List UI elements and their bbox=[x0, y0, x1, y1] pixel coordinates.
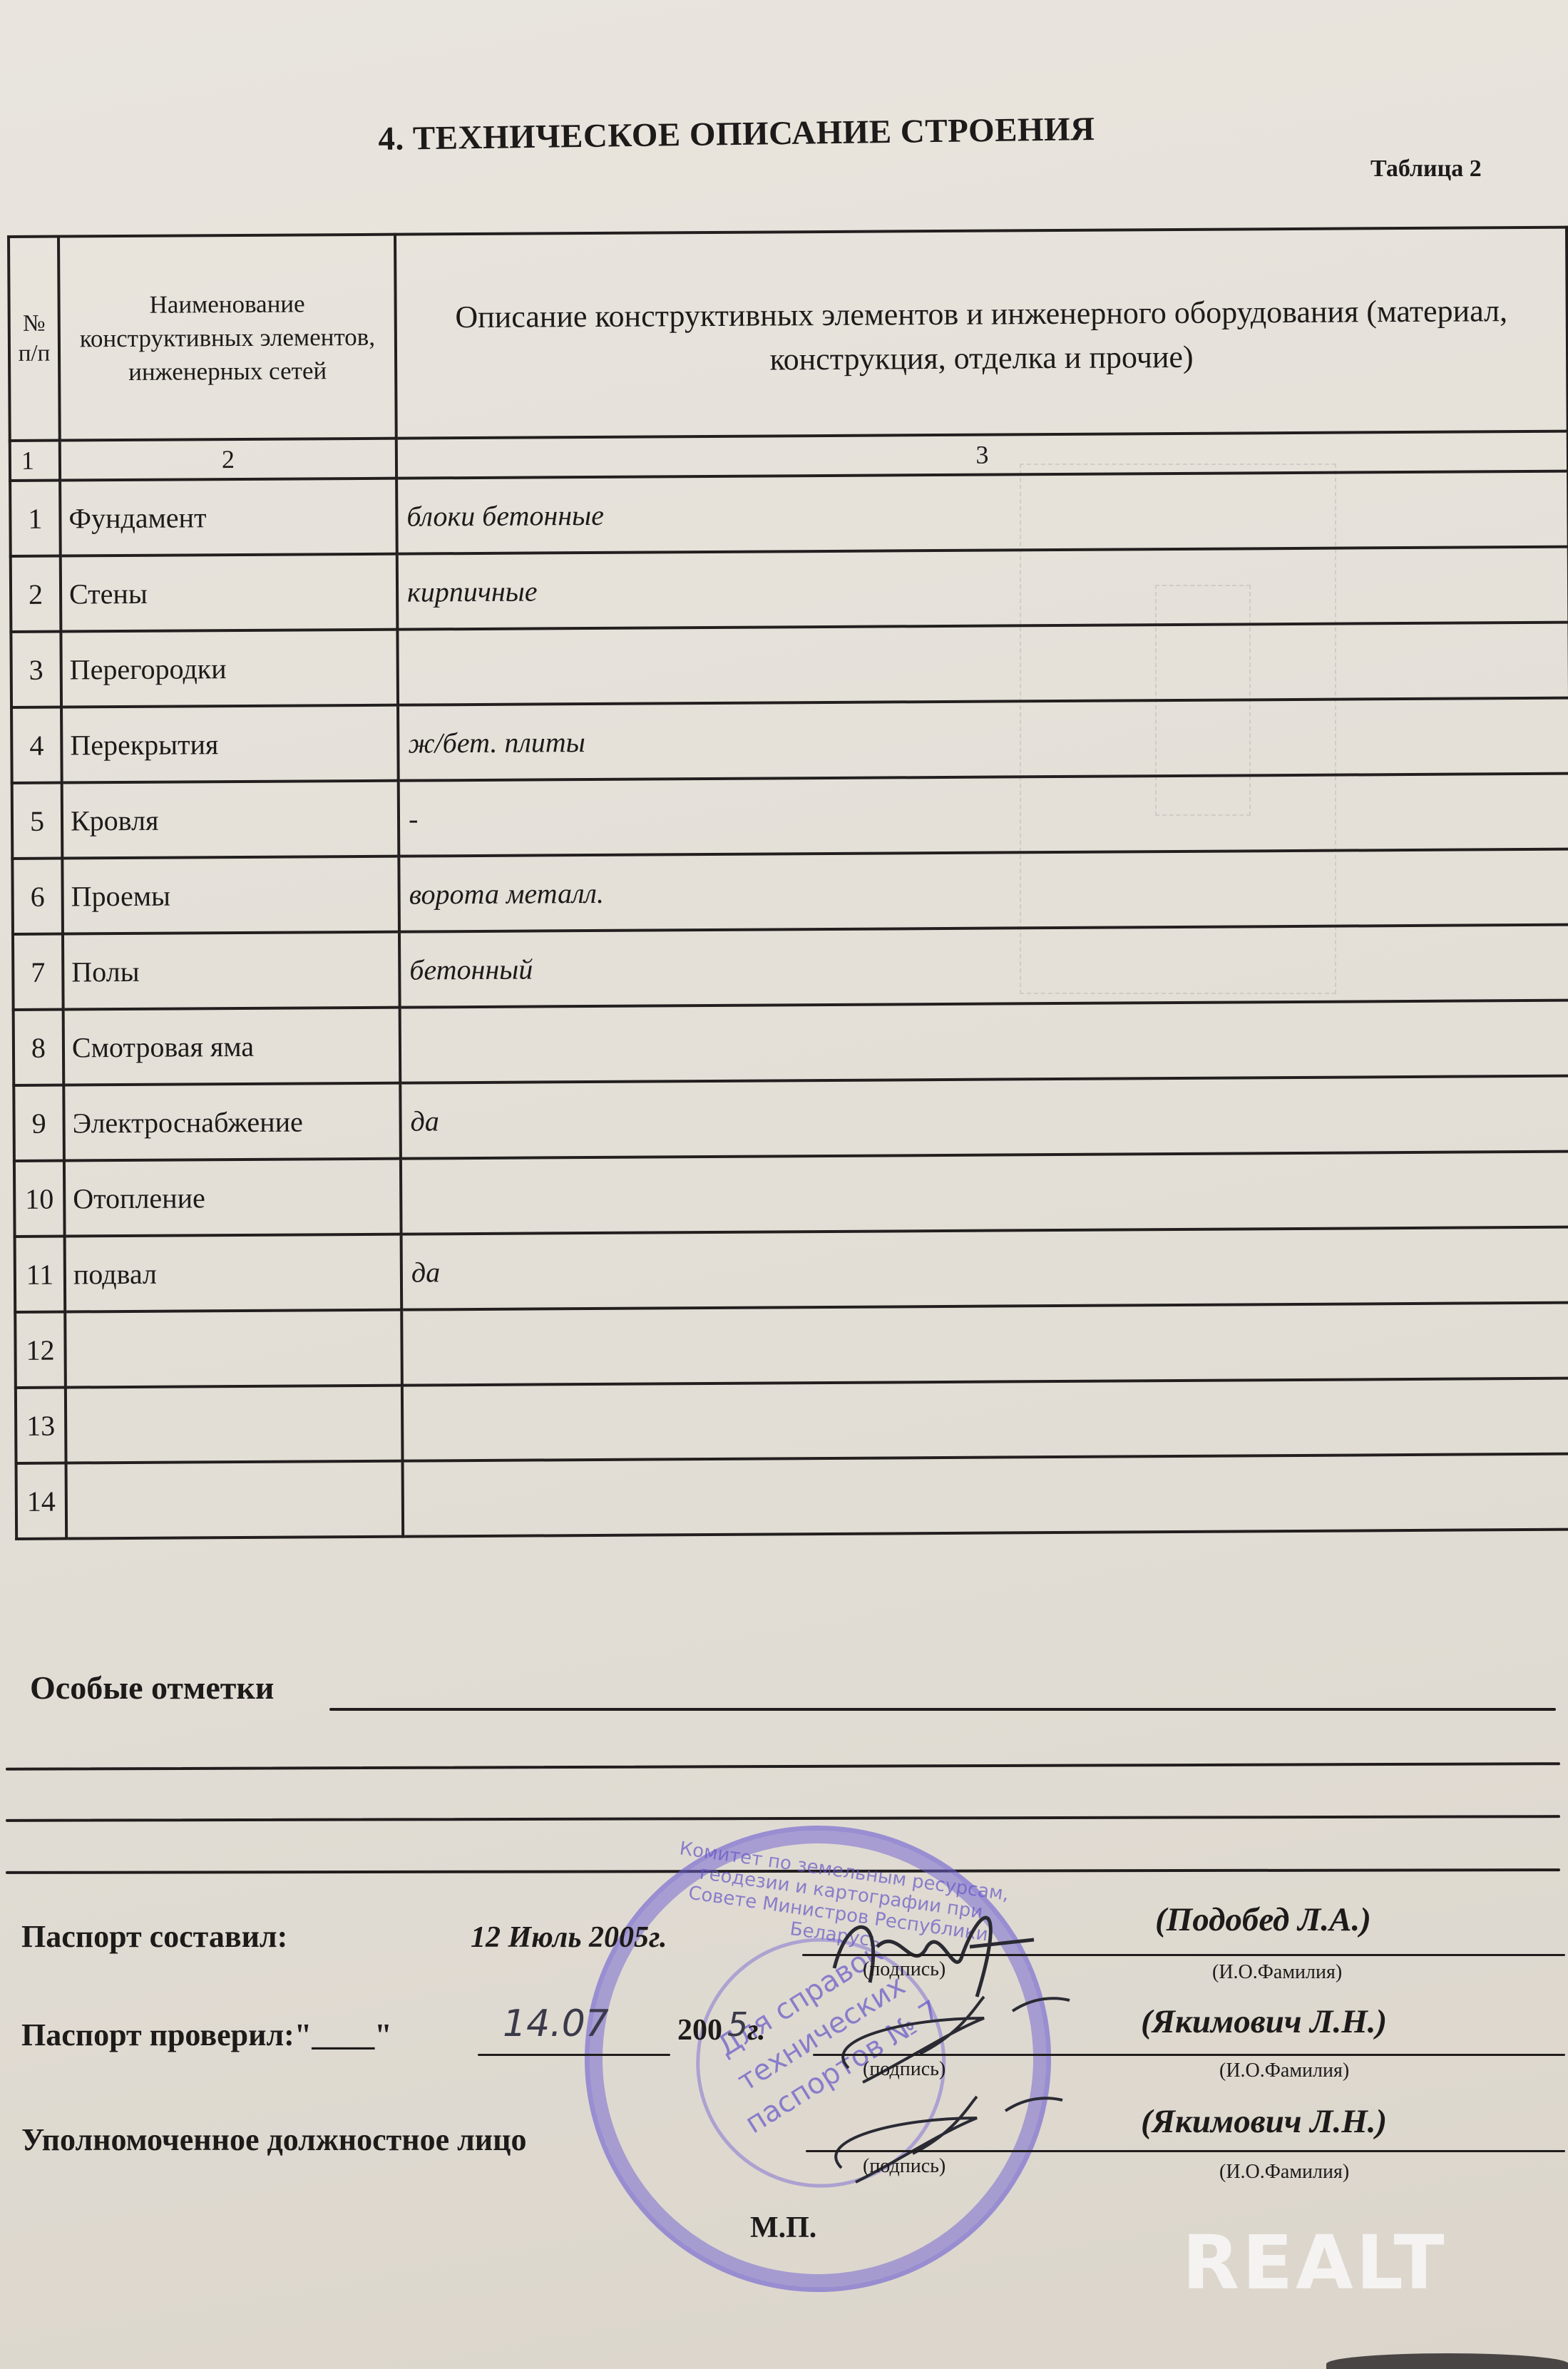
table-row: 8Смотровая яма bbox=[14, 1001, 1568, 1085]
name-caption: (И.О.Фамилия) bbox=[1219, 2161, 1349, 2184]
checked-by-label: Паспорт проверил:"____" bbox=[21, 2017, 392, 2053]
header-element-name: Наименование конструктивных элементов, и… bbox=[58, 235, 396, 441]
table-row: 2Стеныкирпичные bbox=[11, 547, 1568, 632]
remarks-line bbox=[329, 1708, 1556, 1711]
row-number: 8 bbox=[14, 1010, 64, 1085]
signature-checked bbox=[820, 1990, 1077, 2089]
row-number: 2 bbox=[11, 556, 61, 632]
element-description bbox=[403, 1454, 1568, 1537]
row-number: 6 bbox=[12, 859, 63, 934]
table-row: 10Отопление bbox=[14, 1152, 1568, 1237]
compiled-by-name: (Подобед Л.А.) bbox=[1155, 1900, 1371, 1939]
row-number: 7 bbox=[13, 934, 63, 1010]
element-name: Кровля bbox=[62, 781, 399, 859]
remarks-label: Особые отметки bbox=[30, 1669, 274, 1707]
authorized-person-label: Уполномоченное должностное лицо bbox=[21, 2122, 527, 2158]
element-name: Перегородки bbox=[61, 630, 398, 707]
table-row: 7Полыбетонный bbox=[13, 925, 1568, 1010]
element-name bbox=[66, 1386, 403, 1463]
element-description: - bbox=[399, 774, 1568, 856]
element-description: блоки бетонные bbox=[396, 471, 1568, 554]
element-name: Полы bbox=[63, 932, 400, 1010]
row-number: 12 bbox=[15, 1312, 66, 1388]
table-row: 4Перекрытияж/бет. плиты bbox=[11, 698, 1568, 783]
table-header-row: № п/п Наименование конструктивных элемен… bbox=[9, 227, 1568, 441]
compiled-by-label: Паспорт составил: bbox=[21, 1918, 287, 1955]
header-description: Описание конструктивных элементов и инже… bbox=[395, 227, 1568, 439]
element-name bbox=[65, 1310, 402, 1388]
element-description: кирпичные bbox=[397, 547, 1568, 630]
element-name: Проемы bbox=[62, 856, 399, 934]
checked-date-handwritten: 14.07 bbox=[503, 2002, 609, 2045]
signature-caption: (подпись) bbox=[863, 2155, 946, 2178]
row-number: 14 bbox=[16, 1463, 67, 1539]
header-number: № п/п bbox=[9, 237, 60, 441]
element-description bbox=[401, 1303, 1568, 1386]
element-description bbox=[402, 1378, 1568, 1461]
element-description bbox=[397, 623, 1568, 705]
column-number: 1 bbox=[10, 441, 60, 481]
seal-placeholder-label: М.П. bbox=[750, 2211, 816, 2245]
checked-year-handwritten: 5 bbox=[727, 2005, 748, 2044]
row-number: 9 bbox=[14, 1085, 64, 1161]
element-description: ж/бет. плиты bbox=[398, 698, 1568, 781]
checked-by-name: (Якимович Л.Н.) bbox=[1141, 2002, 1387, 2041]
element-name: Электроснабжение bbox=[63, 1083, 401, 1161]
element-name: подвал bbox=[65, 1234, 402, 1312]
element-description: ворота металл. bbox=[399, 849, 1568, 932]
row-number: 4 bbox=[11, 707, 62, 783]
element-description: да bbox=[400, 1076, 1568, 1159]
date-line bbox=[478, 2054, 670, 2056]
table-label: Таблица 2 bbox=[1370, 155, 1482, 183]
table-row: 9Электроснабжениеда bbox=[14, 1076, 1568, 1161]
signature-line bbox=[813, 2054, 1565, 2056]
table-row: 14 bbox=[16, 1454, 1568, 1539]
technical-description-table: № п/п Наименование конструктивных элемен… bbox=[7, 226, 1568, 1540]
element-description bbox=[401, 1152, 1568, 1234]
element-name: Смотровая яма bbox=[63, 1008, 401, 1085]
signature-caption: (подпись) bbox=[863, 1958, 946, 1981]
row-number: 10 bbox=[14, 1161, 65, 1237]
signature-line bbox=[806, 2150, 1565, 2152]
element-description: бетонный bbox=[399, 925, 1568, 1008]
table-row: 1Фундаментблоки бетонные bbox=[10, 471, 1568, 556]
column-number: 3 bbox=[396, 431, 1568, 479]
element-name: Стены bbox=[61, 554, 398, 632]
table-row: 3Перегородки bbox=[11, 623, 1568, 707]
table-row: 5Кровля- bbox=[12, 774, 1568, 859]
checked-year-suffix: г. bbox=[747, 2013, 765, 2047]
table-row: 12 bbox=[15, 1303, 1568, 1388]
row-number: 13 bbox=[16, 1388, 66, 1463]
row-number: 3 bbox=[11, 632, 61, 707]
checked-year-prefix: 200 bbox=[677, 2013, 722, 2047]
authorized-person-name: (Якимович Л.Н.) bbox=[1141, 2102, 1387, 2141]
name-caption: (И.О.Фамилия) bbox=[1219, 2060, 1349, 2082]
table-row: 6Проемыворота металл. bbox=[12, 849, 1568, 934]
element-name bbox=[66, 1461, 404, 1539]
element-name: Фундамент bbox=[60, 479, 397, 556]
signature-line bbox=[802, 1954, 1565, 1956]
element-description: да bbox=[401, 1227, 1568, 1310]
name-caption: (И.О.Фамилия) bbox=[1212, 1961, 1342, 1984]
row-number: 1 bbox=[10, 481, 61, 556]
row-number: 5 bbox=[12, 783, 63, 859]
element-description bbox=[400, 1001, 1568, 1083]
table-row: 13 bbox=[16, 1378, 1568, 1463]
element-name: Отопление bbox=[64, 1159, 401, 1237]
table-row: 11подвалда bbox=[15, 1227, 1568, 1312]
row-number: 11 bbox=[15, 1237, 66, 1312]
element-name: Перекрытия bbox=[61, 705, 399, 783]
realt-watermark: REALT bbox=[1182, 2219, 1447, 2306]
compiled-date: 12 Июль 2005г. bbox=[471, 1920, 667, 1955]
signature-caption: (подпись) bbox=[863, 2058, 946, 2081]
column-number: 2 bbox=[60, 439, 396, 481]
